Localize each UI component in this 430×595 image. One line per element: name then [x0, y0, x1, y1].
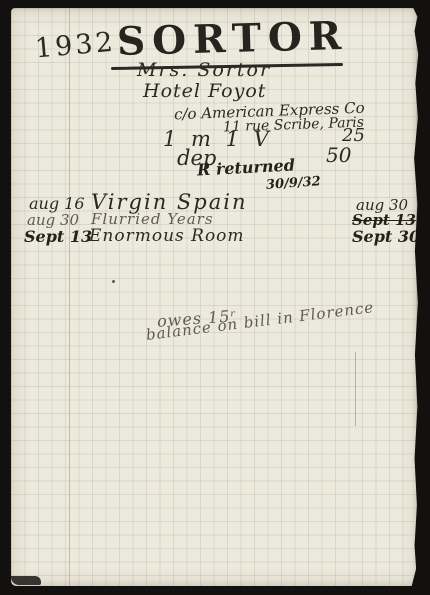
- loan-row-date-in-crossed: Sept 13: [352, 213, 416, 228]
- loan-row-date-out: aug 30: [27, 213, 79, 228]
- loan-row-book-title: Enormous Room: [89, 228, 245, 245]
- deposit-returned-note: R returned: [197, 157, 296, 178]
- address-line-hotel: Hotel Foyot: [143, 82, 266, 101]
- loan-row-date-out: aug 16: [29, 196, 85, 212]
- card-surname-title: SORTOR: [117, 17, 340, 62]
- loan-row-date-in: Sept 30: [352, 229, 420, 245]
- margin-rule-line: [69, 8, 70, 586]
- card-year: 1932: [34, 29, 117, 63]
- member-name: Mrs. Sortor: [137, 61, 271, 80]
- deposit-returned-date: 30/9/32: [266, 175, 322, 192]
- balance-note: balance on bill in Florence: [145, 300, 375, 343]
- deposit-amount: 50: [326, 145, 351, 165]
- loan-row-date-out: Sept 13: [24, 229, 92, 245]
- loan-row-book-title: Flurried Years: [91, 212, 214, 227]
- ink-dot: [112, 280, 115, 283]
- faint-pencil-mark: [355, 352, 356, 426]
- corner-smudge: [11, 576, 41, 585]
- library-lending-card: 1932 SORTOR Mrs. Sortor Hotel Foyot c/o …: [11, 8, 419, 586]
